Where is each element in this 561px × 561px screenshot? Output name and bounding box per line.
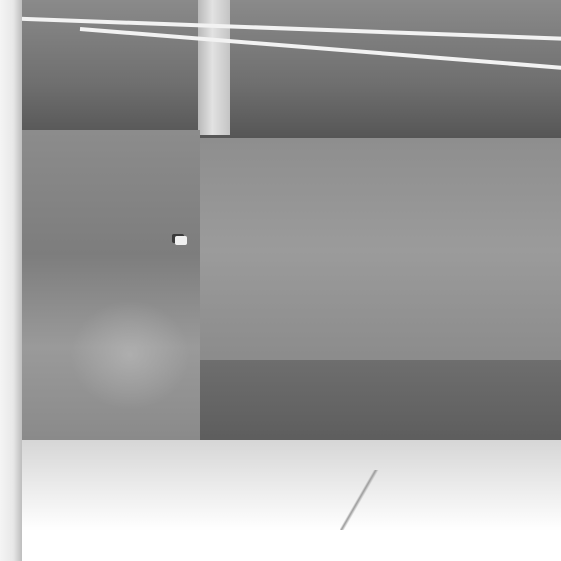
vertical-pillar: [198, 0, 230, 135]
floor-crack: [340, 470, 380, 530]
door-lock-icon: [175, 236, 187, 245]
floor: [18, 440, 561, 561]
left-edge-strip: [0, 0, 22, 561]
door-highlight: [70, 300, 190, 410]
brick-wall: [200, 138, 561, 363]
photo-scene: [0, 0, 561, 561]
